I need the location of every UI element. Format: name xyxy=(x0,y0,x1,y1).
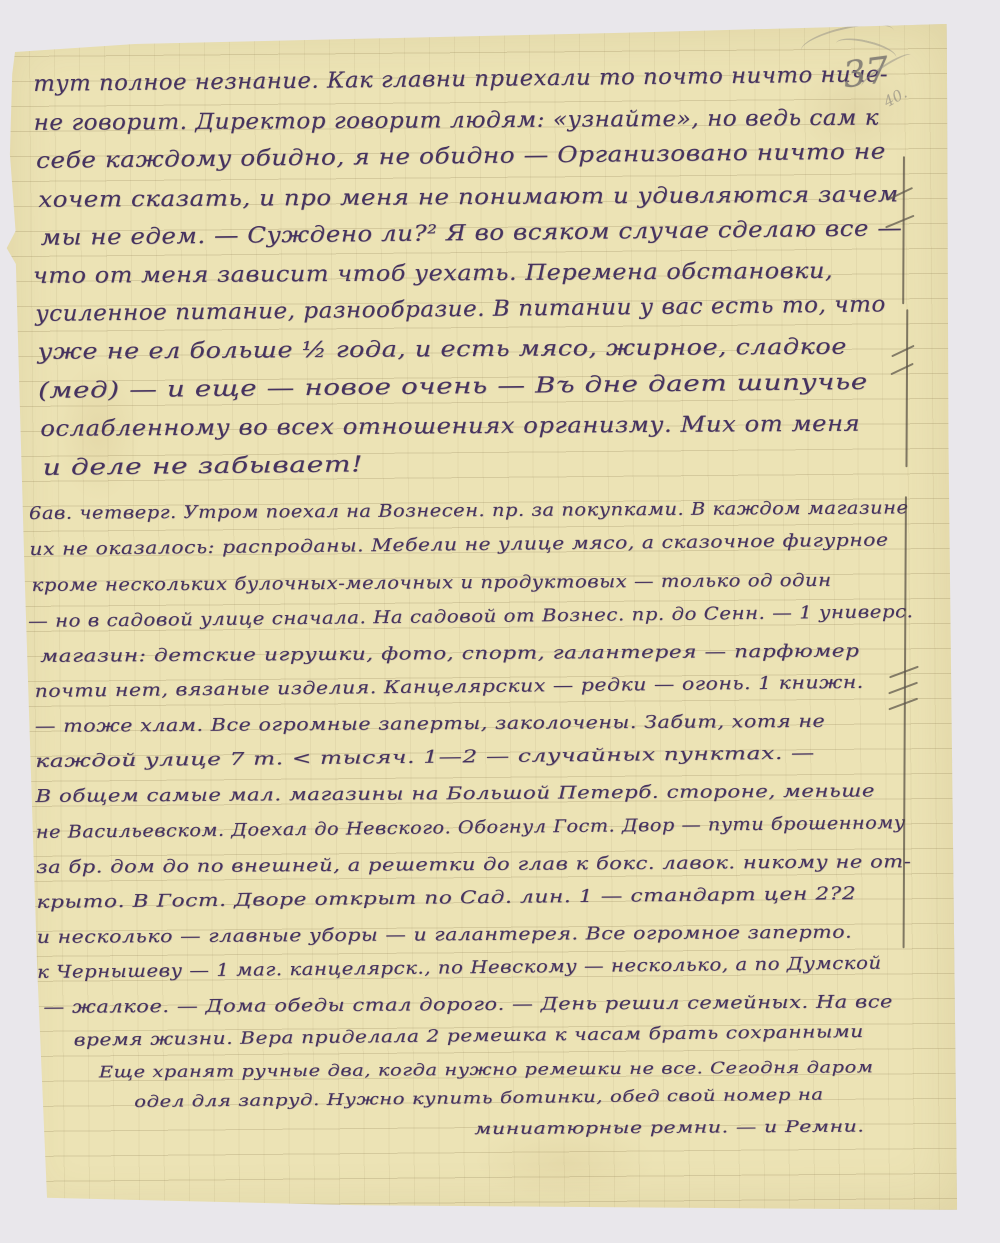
handwriting-line: одел для запруд. Нужно купить ботинки, о… xyxy=(134,1085,824,1111)
handwriting-line: ослабленному во всех отношениях организм… xyxy=(40,412,860,442)
handwriting-line: тут полное незнание. Как главни приехали… xyxy=(33,62,888,97)
handwriting-line: 6ав. четверг. Утром поехал на Вознесен. … xyxy=(29,498,909,524)
handwriting-line: каждой улице 7 т. < тысяч. 1—2 — случайн… xyxy=(35,744,815,772)
handwriting-line: (мед) — и еще — новое очень — Въ дне дае… xyxy=(38,370,868,404)
handwriting-line: время жизни. Вера приделала 2 ремешка к … xyxy=(74,1022,864,1051)
handwriting-line: что от меня зависит чтоб уехать. Перемен… xyxy=(33,259,833,289)
handwriting-line: не говорит. Директор говорит людям: «узн… xyxy=(34,106,880,136)
handwriting-line: их не оказалось: распроданы. Мебели не у… xyxy=(29,530,888,559)
handwriting-line: хочет сказать, и про меня не понимают и … xyxy=(38,182,899,212)
handwriting-line: и деле не забывает! xyxy=(43,452,364,480)
handwriting-line: Еще хранят ручные два, когда нужно ремеш… xyxy=(99,1057,874,1081)
scan-background: тут полное незнание. Как главни приехали… xyxy=(0,0,1000,1243)
margin-vertical-mark xyxy=(905,309,908,467)
handwriting-line: не Васильевском. Доехал до Невского. Обо… xyxy=(36,813,906,843)
handwriting-layer: тут полное незнание. Как главни приехали… xyxy=(5,24,947,32)
handwriting-line: — но в садовой улице сначала. На садовой… xyxy=(28,602,914,632)
handwriting-line: крыто. В Гост. Дворе открыт по Сад. лин.… xyxy=(36,884,856,913)
handwriting-line: — жалкое. — Дома обеды стал дорого. — Де… xyxy=(43,992,893,1018)
handwriting-line: почти нет, вязаные изделия. Канцелярских… xyxy=(35,673,864,702)
handwriting-line: магазин: детские игрушки, фото, спорт, г… xyxy=(40,641,859,666)
margin-tick-mark xyxy=(890,363,914,376)
handwriting-line: себе каждому обидно, я не обидно — Орган… xyxy=(36,139,886,173)
handwriting-line: за бр. дом до по внешней, а решетки до г… xyxy=(36,852,911,878)
handwriting-line: кроме нескольких булочных-мелочных и про… xyxy=(32,571,832,596)
handwriting-line: миниатюрные ремни. — и Ремни. xyxy=(474,1116,864,1138)
pencil-scribbles-layer xyxy=(5,24,947,32)
margin-marks-layer xyxy=(5,24,947,32)
handwriting-line: уже не ел больше ½ года, и есть мясо, жи… xyxy=(38,335,847,365)
margin-vertical-mark xyxy=(903,496,907,948)
handwriting-line: мы не едем. — Суждено ли?² Я во всяком с… xyxy=(41,216,903,251)
manuscript-page: тут полное незнание. Как главни приехали… xyxy=(5,24,957,1218)
handwriting-line: — тоже хлам. Все огромные заперты, закол… xyxy=(35,712,825,737)
handwriting-line: усиленное питание, разнообразие. В питан… xyxy=(35,292,886,327)
handwriting-line: к Чернышеву — 1 маг. канцелярск., по Нев… xyxy=(37,954,882,983)
handwriting-line: и несколько — главные уборы — и галантер… xyxy=(37,923,853,948)
margin-tick-mark xyxy=(891,345,915,358)
handwriting-line: В общем самые мал. магазины на Большой П… xyxy=(35,781,875,807)
margin-vertical-mark xyxy=(902,156,905,304)
